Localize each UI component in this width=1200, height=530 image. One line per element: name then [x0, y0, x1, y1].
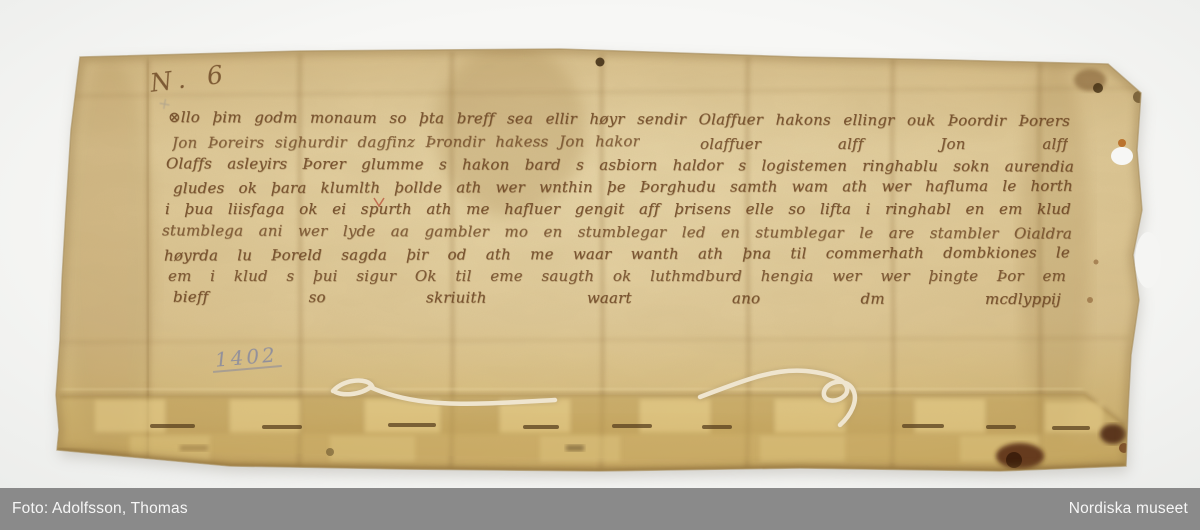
parchment-notch — [1135, 232, 1161, 288]
photographer-credit: Foto: Adolfsson, Thomas — [12, 500, 188, 518]
manuscript-text-line: em i klud s þui sigur Ok til eme saugth … — [168, 268, 1066, 285]
manuscript-text-line: i þua liisfaga ok ei spurth ath me haflu… — [165, 201, 1071, 218]
manuscript-text-line: bieff so skriuith waart ano dm mcdlyppij — [173, 289, 1061, 308]
manuscript-text-line: Olaffs asleyirs Þorer glumme s hakon bar… — [166, 155, 1074, 175]
caption-bar: Foto: Adolfsson, Thomas Nordiska museet — [0, 488, 1200, 530]
parchment-hole — [1111, 147, 1133, 165]
archive-photo-viewer: N. 6 + ⊗llo þim godm monaum so þta breff… — [0, 0, 1200, 530]
manuscript-text-line: gludes ok þara klumlth þollde ath wer wn… — [173, 178, 1073, 197]
manuscript-text-line: Jon Þoreirs sighurdir dagfinz Þrondir ha… — [172, 133, 640, 151]
manuscript-text-line: stumblega ani wer lyde aa gambler mo en … — [162, 222, 1072, 242]
institution-credit: Nordiska museet — [1069, 500, 1188, 518]
photo-area: N. 6 + ⊗llo þim godm monaum so þta breff… — [0, 0, 1200, 488]
manuscript-text-line: høyrda lu Þoreld sagda þir od ath me waa… — [164, 244, 1070, 264]
manuscript-text-line: olaffuer alff Jon alff — [700, 136, 1068, 153]
